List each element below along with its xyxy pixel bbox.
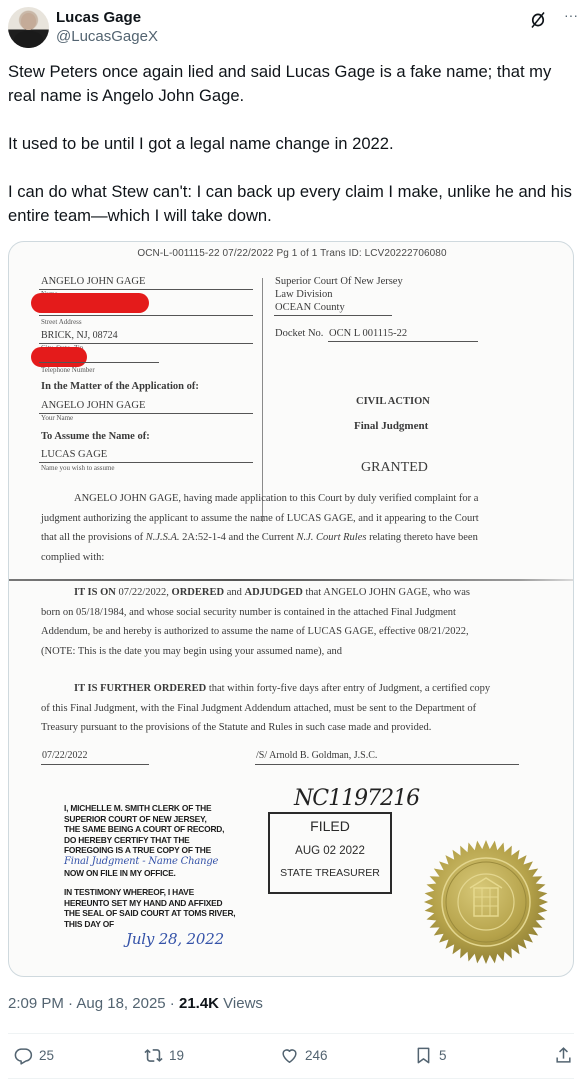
court-line-3: OCEAN County: [275, 302, 345, 313]
your-name-label: Your Name: [41, 414, 73, 422]
views-count: 21.4K: [179, 995, 219, 1012]
gold-seal-icon: [422, 838, 550, 966]
para-line: (NOTE: This is the date you may begin us…: [41, 642, 531, 662]
author-display-name[interactable]: Lucas Gage: [56, 8, 158, 27]
redaction-street: [31, 293, 149, 313]
underline: [39, 315, 253, 316]
more-icon[interactable]: ···: [561, 10, 581, 28]
avatar[interactable]: [8, 7, 49, 48]
court-line-2: Law Division: [275, 289, 332, 300]
filed-stamp: FILED AUG 02 2022 STATE TREASURER: [268, 812, 392, 894]
like-count: 246: [305, 1048, 328, 1063]
city-value: BRICK, NJ, 08724: [41, 330, 118, 341]
assume-value: LUCAS GAGE: [41, 449, 107, 460]
reply-icon: [14, 1046, 33, 1065]
repost-count: 19: [169, 1048, 184, 1063]
tweet-paragraph: It used to be until I got a legal name c…: [8, 132, 578, 156]
para-line: born on 05/18/1984, and whose social sec…: [41, 603, 531, 623]
divider: [8, 1033, 574, 1034]
underline: [39, 289, 253, 290]
para-line: Addendum, be and hereby is authorized to…: [41, 622, 531, 642]
underline: [39, 462, 253, 463]
judge-signature: /S/ Arnold B. Goldman, J.S.C.: [256, 750, 377, 761]
scan-fold-line: [9, 579, 574, 581]
share-icon: [554, 1046, 573, 1065]
heart-icon: [280, 1046, 299, 1065]
like-button[interactable]: 246: [280, 1043, 328, 1067]
attached-document-image[interactable]: OCN-L-001115-22 07/22/2022 Pg 1 of 1 Tra…: [8, 241, 574, 977]
judgment-paragraph-1: ANGELO JOHN GAGE, having made applicatio…: [41, 489, 531, 567]
reply-count: 25: [39, 1048, 54, 1063]
civil-action-label: CIVIL ACTION: [356, 396, 430, 407]
document-header-line: OCN-L-001115-22 07/22/2022 Pg 1 of 1 Tra…: [9, 248, 574, 259]
docket-label: Docket No.: [275, 328, 323, 339]
tweet-header: Lucas Gage @LucasGageX ···: [8, 6, 580, 50]
phone-label: Telephone Number: [41, 366, 95, 374]
your-name-value: ANGELO JOHN GAGE: [41, 400, 145, 411]
sign-date: 07/22/2022: [42, 750, 88, 761]
handwritten-filing-number: NC1197216: [294, 786, 419, 811]
redaction-phone: [31, 347, 87, 367]
tweet-time[interactable]: 2:09 PM: [8, 995, 64, 1012]
docket-value: OCN L 001115-22: [329, 328, 407, 339]
repost-button[interactable]: 19: [144, 1043, 184, 1067]
para-line: Treasury pursuant to the provisions of t…: [41, 718, 531, 738]
bookmark-button[interactable]: 5: [414, 1043, 447, 1067]
views-label: Views: [219, 995, 263, 1012]
bookmark-icon: [414, 1046, 433, 1065]
underline: [39, 362, 159, 363]
underline: [41, 764, 149, 765]
assume-heading: To Assume the Name of:: [41, 431, 150, 442]
grok-icon[interactable]: [529, 11, 547, 29]
court-document: OCN-L-001115-22 07/22/2022 Pg 1 of 1 Tra…: [9, 242, 574, 977]
name-value: ANGELO JOHN GAGE: [41, 276, 145, 287]
tweet-date[interactable]: Aug 18, 2025: [76, 995, 165, 1012]
final-judgment-label: Final Judgment: [354, 420, 428, 432]
handwritten-document-name: Final Judgment - Name Change: [64, 856, 235, 868]
para-line: judgment authorizing the applicant to as…: [41, 509, 531, 529]
author-names: Lucas Gage @LucasGageX: [56, 8, 158, 47]
assume-label: Name you wish to assume: [41, 464, 115, 472]
divider: [8, 1078, 574, 1079]
tweet-text: Stew Peters once again lied and said Luc…: [8, 60, 578, 252]
bookmark-count: 5: [439, 1048, 447, 1063]
tweet-meta: 2:09 PM · Aug 18, 2025 · 21.4K Views: [8, 994, 263, 1014]
tweet-paragraph: I can do what Stew can't: I can back up …: [8, 180, 578, 228]
court-line-1: Superior Court Of New Jersey: [275, 276, 403, 288]
para-line: that all the provisions of N.J.S.A. 2A:5…: [41, 528, 531, 548]
para-line: IT IS ON 07/22/2022, ORDERED and ADJUDGE…: [41, 583, 531, 603]
tweet-paragraph: Stew Peters once again lied and said Luc…: [8, 60, 578, 108]
handwritten-date: July 28, 2022: [64, 929, 235, 949]
judgment-paragraph-2: IT IS ON 07/22/2022, ORDERED and ADJUDGE…: [41, 583, 531, 661]
underline: [255, 764, 519, 765]
column-divider: [262, 278, 263, 522]
clerk-certification: I, MICHELLE M. SMITH CLERK OF THE SUPERI…: [64, 803, 235, 949]
underline: [274, 315, 392, 316]
para-line: IT IS FURTHER ORDERED that within forty-…: [41, 679, 531, 699]
street-label: Street Address: [41, 318, 82, 326]
share-button[interactable]: [554, 1043, 579, 1067]
judgment-paragraph-3: IT IS FURTHER ORDERED that within forty-…: [41, 679, 531, 738]
para-line: ANGELO JOHN GAGE, having made applicatio…: [41, 489, 531, 509]
para-line: of this Final Judgment, with the Final J…: [41, 699, 531, 719]
underline: [328, 341, 478, 342]
matter-heading: In the Matter of the Application of:: [41, 381, 199, 392]
tweet-actions: 25 19 246 5: [8, 1043, 578, 1067]
para-line: complied with:: [41, 548, 531, 568]
granted-label: GRANTED: [361, 460, 428, 476]
author-handle[interactable]: @LucasGageX: [56, 27, 158, 47]
repost-icon: [144, 1046, 163, 1065]
reply-button[interactable]: 25: [14, 1043, 54, 1067]
